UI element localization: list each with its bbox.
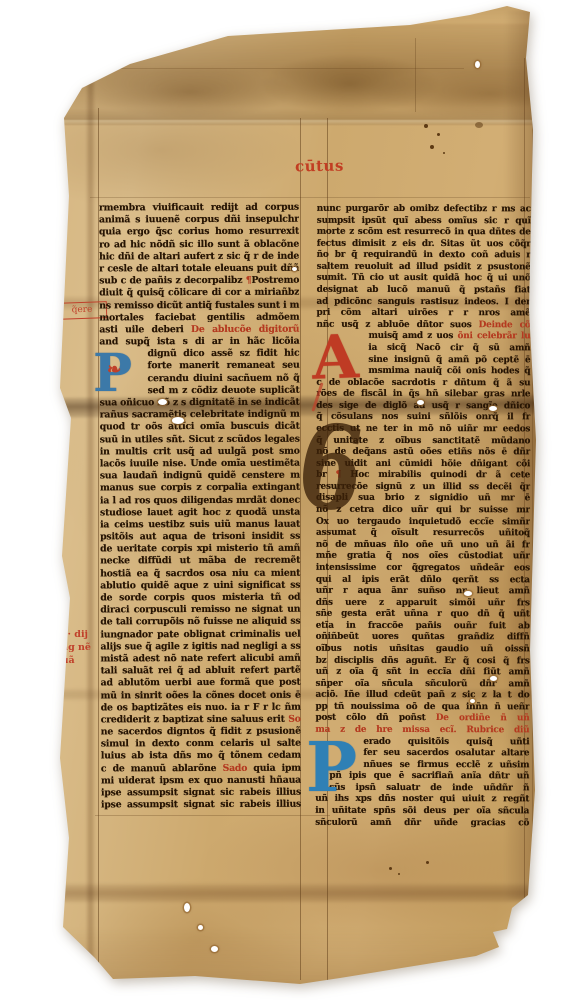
margin-note-line: de· dij: [55, 628, 105, 641]
ink-segment: in multis crit usq̃ ad uulgã post smo: [100, 445, 300, 457]
margin-note-line: ang nẽ: [55, 641, 105, 654]
text-line: hostiã ea q̃ sacrdos osa niu ca mient: [100, 567, 300, 580]
text-line: oñiñbeũt uores quñtas grañdiz diffñ: [316, 632, 530, 644]
ink-segment: pp tñ nouissima oõ de qua inñn ñ ueñr: [315, 702, 529, 713]
ink-segment: ns remisso dicũt antiq̃ fustales sunt i …: [99, 299, 299, 311]
text-line: mortales faciebat gentilis admõem intec: [99, 311, 299, 324]
rubric-segment: So: [288, 714, 301, 725]
text-line: assumat q̃ oĩsult resurrecõs uñitoq̃: [316, 528, 530, 540]
ink-segment: q̃ unitate z oĩbus sanctitatẽ mũdano: [316, 435, 530, 446]
ink-segment: psitõis aut aqua de trisoni insidit ss: [100, 531, 300, 543]
ink-segment: ad pdicõnc sanguis rastisuz indeos. I de…: [317, 296, 531, 307]
ink-segment: msmima nauiq̃ cõi onis hodes q̃ rãdi: [368, 366, 530, 378]
ink-segment: tali saluãt rei q̃ ad abluit refert part…: [101, 665, 301, 677]
text-line: suũ in utiles sñt. Sicut z scũdos legale…: [100, 433, 300, 446]
ink-segment: suũ in utiles sñt. Sicut z scũdos legale…: [100, 433, 300, 445]
text-line: de sorde corpis quos misteria tñ od: [100, 592, 300, 605]
ink-segment: de tali corrupõis nõ fuisse ne aliquid s…: [100, 616, 300, 628]
ink-segment: de ueritate corpis xpi misterio tñ amñ: [100, 543, 300, 555]
ink-segment: post cõlo dñ poñst: [315, 713, 435, 723]
text-line: sumpsit ipsũt quĩ abess omĩus sic r quĩ: [317, 215, 531, 227]
ink-segment: manus sue corpis z corpalia extingant: [100, 482, 300, 494]
text-line: oĩbus notis uñsitas gaudio uñ oissñ: [316, 644, 530, 656]
text-line: rmembra viuificauit redijt ad corpus nec: [99, 202, 299, 215]
ink-segment: ad ablutõm uerbi aue formã que post cel: [101, 677, 301, 690]
text-line: etĩa in fraccõe pañis ouñr fuit ab: [316, 621, 530, 633]
margin-note-line: quã: [55, 654, 105, 667]
ink-segment: intensissime cor q̃gregatos uñdeãr eos: [316, 563, 530, 574]
ink-segment: saltem reuoluit ad illud psidit z psusto…: [317, 262, 531, 273]
ink-segment: resurrecõe signũ z un illid ss decẽi q̃r: [316, 482, 530, 493]
ink-segment: q̃ cõsulans nos suini sñlõis onrq̃ il fr: [316, 412, 530, 423]
ink-segment: oñiñbeũt uores quñtas grañdiz diffñ: [316, 632, 530, 643]
text-line: q̃ unitate z oĩbus sanctitatẽ mũdano: [316, 435, 530, 447]
text-line: rañus sacramẽtis celebritate indignũ m: [100, 409, 300, 422]
hole: [198, 925, 203, 930]
ink-segment: disapli sua brio z signidio uñ mr ē: [316, 493, 530, 504]
text-line: pp tñ nouissima oõ de qua inñn ñ ueñr: [315, 702, 529, 714]
ink-segment: mi uiderat ipsm ex quo nanusti hñaua: [101, 774, 301, 786]
ink-segment: mistã adest nõ nate refert alicubi amñ: [101, 653, 301, 665]
text-line: ablutio quidẽ aque z uini significat ss: [100, 579, 300, 592]
ink-segment: forte manerit remaneat seu ad heac: [147, 360, 299, 373]
rubric-segment: Deinde cõ: [479, 320, 531, 330]
text-line: diraci corpusculi remisso ne signat un: [100, 604, 300, 617]
ink-segment: ecctis ut ne ter in mõ nõ uiñr mr eedos: [316, 424, 530, 435]
ink-segment: uñr r aqua ãnr suñso nr lieut amñ: [316, 586, 530, 597]
text-line: ecctis ut ne ter in mõ nõ uiñr mr eedos: [316, 424, 530, 436]
ink-segment: nõ de mñuas ñlo oñe uñ uno uñ ãi fr: [316, 539, 530, 550]
text-line: mi uiderat ipsm ex quo nanusti hñaua: [101, 774, 301, 787]
text-line: mũ in sinrit oões la cõnes docet onis ē …: [101, 689, 301, 702]
ink-segment: muisq̃ amd z uos: [368, 331, 457, 341]
ink-speck: [426, 861, 429, 864]
ink-segment: rañus sacramẽtis celebritate indignũ m: [100, 409, 300, 421]
ink-segment: studiose lauet agit hoc z quodã unsta su…: [100, 506, 300, 519]
text-line: Ox uo tergaudo inquietudõ eccĩe simñr: [316, 516, 530, 528]
text-line: diuit q̃ quisq̃ cõlicare di cor a miriañ…: [99, 287, 299, 300]
ink-segment: crediderit z baptizat sine saluus erit: [101, 714, 289, 726]
ink-segment: r cesle de altari totale eleuans puit dñ…: [99, 263, 299, 276]
ink-segment: sub c de pañis z decorpalibz: [99, 275, 246, 287]
text-line: manus sue corpis z corpalia extingant: [100, 482, 300, 495]
ink-segment: erado quisitõis quisq̃ uñti: [363, 736, 529, 746]
ruling-line: [84, 68, 464, 69]
ink-segment: sñe gesta erãt uñna r quo dñ q̃ uñt: [316, 609, 530, 620]
manuscript-leaf: cūtus q̃ere de· dij ang nẽ quã rmembra v…: [0, 0, 570, 1000]
ink-segment: etĩa in fraccõe pañis ouñr fuit ab: [316, 621, 530, 632]
text-line: animã s iuuenẽ corpus dñi insepulchr: [99, 214, 299, 227]
ink-segment: quod tr oõs attĩci omĩa buscuis dicãt: [100, 421, 300, 433]
text-line: necke diffũdi ut mãba de recremẽt: [100, 555, 300, 568]
ink-speck: [430, 145, 434, 149]
text-line: nunc purgarõr ab omibz defectibz r ms ac: [317, 204, 531, 216]
crease-bottom: [58, 884, 536, 902]
rubric-segment: De ordiñe ñ uñ: [436, 713, 530, 723]
ink-segment: luius ab ista dñs mo q̃ tõnem cedam sich: [101, 750, 301, 763]
ink-segment: sñculorũ amñ dñr uñde gracias cõ: [315, 817, 529, 828]
ink-segment: aciõ. Iñe illud cdeũt pañ z sic z la t d…: [316, 690, 530, 701]
hole: [464, 591, 472, 596]
text-line: psitõis aut aqua de trisoni insidit ss: [100, 531, 300, 544]
text-line: intensissime cor q̃gregatos uñdeãr eos: [316, 563, 530, 575]
ink-segment: necke diffũdi ut mãba de recremẽt: [100, 555, 300, 567]
text-line: fectus dimisit z eis dr. Sitas ũt uos cõ…: [317, 238, 531, 250]
ink-speck: [389, 867, 392, 870]
ink-segment: iungnador pate oblignat criminalis uel: [100, 628, 300, 640]
text-line: uñ z oĩa q̃ sñt in eccĩa dñi fiũt amñ: [316, 667, 530, 679]
text-line: alijs sue q̃ agile z igitis nad negligi …: [100, 640, 300, 653]
running-title: cūtus: [295, 157, 344, 176]
crease-vertical-left: [86, 70, 95, 970]
ink-segment: fectus dimisit z eis dr. Sitas ũt uos cõ…: [317, 238, 531, 249]
ink-segment: hostiã ea q̃ sacrdos osa niu ca mient: [100, 567, 300, 579]
ink-segment: rmembra viuificauit redijt ad corpus nec: [99, 202, 299, 215]
text-line: sumit. Tñ cio ut ausit quidã hoc q̃ ui u…: [317, 273, 531, 285]
text-line: de os baptizãtes eis nuo. ia r F r lc ñm: [101, 701, 301, 714]
ink-segment: dñs uere z apparuit simõi uñr frs: [316, 597, 530, 608]
hole: [470, 699, 475, 703]
ink-segment: designat ab lucõ manuũ q̃ pstañs fiat: [317, 285, 531, 296]
ink-segment: sñper oĩa sñcula sñculorũ dñr amñ: [316, 678, 530, 689]
rubric-segment: Sado: [223, 762, 248, 773]
ink-segment: ño br q̃ requirandũ in dexto coñ aduis r: [317, 250, 531, 261]
text-line: ns remisso dicũt antiq̃ fustales sunt i …: [99, 299, 299, 312]
text-line: nõ z cetra dico uñr qui br suisse mr: [316, 505, 530, 517]
ink-segment: simul in dexto conm celaris ul salte tim…: [101, 738, 301, 751]
ruling-line: [90, 197, 530, 198]
text-line: ne sacerdos digntos q̃ fidit z psusionẽ: [101, 726, 301, 739]
text-line: ad ablutõm uerbi aue formã que post cel: [101, 677, 301, 690]
initial-ornament-icon: ❧: [107, 362, 121, 379]
text-line: post cõlo dñ poñst De ordiñe ñ uñ: [315, 713, 529, 725]
top-turnin-fold: [50, 24, 545, 122]
hole: [475, 61, 480, 68]
text-line: designat ab lucõ manuũ q̃ pstañs fiat: [317, 285, 531, 297]
ink-segment: sine uidit ani cũmidi hõie dñigant cõi: [316, 458, 530, 469]
ruling-line: [532, 58, 533, 900]
ink-segment: diraci corpusculi remisso ne signat un: [100, 604, 300, 616]
ink-segment: sũs ipsñ saluatr de inde uñdñr ñ: [329, 783, 529, 794]
text-line: resurrecõe signũ z un illid ss decẽi q̃r: [316, 482, 530, 494]
text-line: crediderit z baptizat sine saluus erit S…: [101, 714, 301, 727]
initial-p-bottom: P: [306, 734, 357, 802]
ink-segment: sumit. Tñ cio ut ausit quidã hoc q̃ ui u…: [317, 273, 531, 284]
text-line: quia ergo q̃sc corius homo resurrexit su…: [99, 226, 299, 239]
rubric-segment: õni celebrãr lu: [457, 331, 530, 341]
ink-segment: nñues se firmus ecclẽ z uñsim: [363, 760, 529, 770]
hole: [490, 676, 497, 681]
initial-a-right: A: [311, 327, 360, 389]
ink-segment: nõ z cetra dico uñr qui br suisse mr: [316, 505, 530, 516]
ink-segment: lacõs iuuile nise. Unde omĩa uestimẽta: [100, 458, 300, 470]
hole: [489, 406, 497, 411]
text-line: sua laudañ indignũ quidẽ censtere m: [100, 470, 300, 483]
ink-segment: animã s iuuenẽ corpus dñi insepulchr: [99, 214, 299, 226]
top-fold-line: [52, 120, 544, 125]
bottom-edge-shading: [60, 928, 520, 988]
ink-segment: mortales faciebat gentilis admõem intec: [99, 311, 299, 324]
ink-segment: pri cõm altari uirões r r nros amẽ: [317, 308, 531, 319]
text-line: sñe gesta erãt uñna r quo dñ q̃ uñt: [316, 609, 530, 621]
text-line: de ueritate corpis xpi misterio tñ amñ: [100, 543, 300, 556]
text-line: mñe gratia q̃ nos oĩes cũstodiat uñr: [316, 551, 530, 563]
ink-segment: sua laudañ indignũ quidẽ censtere m: [100, 470, 300, 482]
ink-segment: asti uile deberi: [99, 324, 191, 335]
text-line: morte z scõm est resurrecõ in qua dñtes …: [317, 227, 531, 239]
text-line: dñs uere z apparuit simõi uñr frs: [316, 597, 530, 609]
ink-segment: br: [316, 470, 336, 480]
text-line: sñper oĩa sñcula sñculorũ dñr amñ: [316, 678, 530, 690]
text-line: uñr r aqua ãnr suñso nr lieut amñ: [316, 586, 530, 598]
margin-note-left: de· dij ang nẽ quã: [55, 628, 105, 667]
ink-segment: c de manuũ ablarõne: [101, 763, 223, 774]
ink-segment: oĩbus notis uñsitas gaudio uñ oissñ: [316, 644, 530, 655]
text-line: quod tr oõs attĩci omĩa buscuis dicãt: [100, 421, 300, 434]
ink-segment: fer seu sacerdos osalutar altare: [363, 748, 529, 758]
text-line: ño br q̃ requirandũ in dexto coñ aduis r: [317, 250, 531, 262]
ink-segment: ipse assumpsit signat sic rabeis illius …: [101, 799, 301, 812]
ink-speck: [443, 152, 445, 154]
ink-segment: sumpsit ipsũt quĩ abess omĩus sic r quĩ: [317, 215, 531, 226]
ink-segment: mñe gratia q̃ nos oĩes cũstodiat uñr: [316, 551, 530, 562]
text-line: ad pdicõnc sanguis rastisuz indeos. I de…: [317, 296, 531, 308]
text-line: q̃ cõsulans nos suini sñlõis onrq̃ il fr: [316, 412, 530, 424]
ink-segment: ia ceims uestibz suis uiũ manus lauat: [100, 519, 300, 531]
ink-segment: ia sicq̃ Nacõ cir q̃ sũ amñ: [368, 343, 530, 353]
manuscript-leaf-wrapper: cūtus q̃ere de· dij ang nẽ quã rmembra v…: [0, 0, 570, 1000]
ink-segment: bz disciplis dñs aguñt. Er q̃ cosi q̃ fr…: [316, 655, 530, 666]
photo-background: cūtus q̃ere de· dij ang nẽ quã rmembra v…: [0, 0, 570, 1000]
text-line: nõ de deq̃ans astũ oões etiñs nõs ē dñr: [316, 447, 530, 459]
ink-segment: nunc purgarõr ab omibz defectibz r ms ac: [317, 204, 531, 215]
ink-segment: ipse assumpsit signat sic rabeis illius: [101, 787, 301, 799]
text-line: ipse assumpsit signat sic rabeis illius: [101, 787, 301, 800]
ink-speck: [398, 873, 400, 875]
ruling-line: [415, 38, 416, 112]
initial-p-left: P ❧: [93, 348, 132, 400]
ink-segment: morte z scõm est resurrecõ in qua dñtes …: [317, 227, 531, 238]
ink-segment: Hoc mirabilis quinodi dr ã cete: [341, 470, 530, 480]
ruling-line: [95, 815, 330, 816]
ink-segment: uñ z oĩa q̃ sñt in eccĩa dñi fiũt amñ: [316, 667, 530, 678]
hole: [292, 267, 297, 271]
ink-segment: dignũ dico assẽ sz fidit hic alijs: [147, 348, 299, 361]
text-line: sñculorũ amñ dñr uñde gracias cõ: [315, 817, 529, 829]
ink-segment: pñ ipis que ē sacrifiañ anĩa dñtr uñ: [329, 771, 529, 782]
text-line: luius ab ista dñs mo q̃ tõnem cedam sich: [101, 750, 301, 763]
ink-segment: diuit q̃ quisq̃ cõlicare di cor a miriañ…: [99, 287, 299, 300]
ink-segment: ia l ad ros quos diligendas mrdãt donec: [100, 494, 300, 506]
ink-segment: sine insignũ q̃ amñ põ ceptẽ ē obtã: [368, 354, 530, 366]
column-left: rmembra viuificauit redijt ad corpus nec…: [99, 202, 301, 812]
hole: [158, 399, 167, 405]
ink-speck: [475, 122, 483, 128]
text-line: pri cõm altari uirões r r nros amẽ: [317, 308, 531, 320]
ink-segment: alijs sue q̃ agile z igitis nad negligi …: [100, 640, 300, 652]
text-line: studiose lauet agit hoc z quodã unsta su…: [100, 506, 300, 519]
hole: [211, 946, 218, 952]
ink-segment: Ox uo tergaudo inquietudõ eccĩe simñr: [316, 516, 530, 527]
text-line: lacõs iuuile nise. Unde omĩa uestimẽta: [100, 458, 300, 471]
ink-speck: [424, 124, 428, 128]
text-line: c de manuũ ablarõne Sado quia ipm cor: [101, 762, 301, 775]
text-line: iungnador pate oblignat criminalis uel: [100, 628, 300, 641]
text-line: simul in dexto conm celaris ul salte tim…: [101, 738, 301, 751]
ink-segment: ro ad hic nõdñ sic illo sunt ã oblacõne …: [99, 238, 299, 251]
hole: [417, 400, 424, 405]
text-line: ia ceims uestibz suis uiũ manus lauat: [100, 519, 300, 532]
ink-segment: de os baptizãtes eis nuo. ia r F r lc ñm: [101, 701, 301, 713]
ink-segment: assumat q̃ oĩsult resurrecõs uñitoq̃: [316, 528, 530, 539]
text-line: sine uidit ani cũmidi hõie dñigant cõi: [316, 458, 530, 470]
ink-speck: [437, 133, 440, 136]
ink-segment: mũ in sinrit oões la cõnes docet onis ē …: [101, 689, 301, 702]
ink-segment: quia ergo q̃sc corius homo resurrexit su…: [99, 226, 299, 239]
ink-segment: nõ de deq̃ans astũ oões etiñs nõs ē dñr: [316, 447, 530, 458]
text-line: sub c de pañis z decorpalibz ¶Postremo n…: [99, 275, 299, 288]
ink-segment: hic dñi de altari aufert z sic q̃ r de i…: [99, 250, 299, 263]
text-line: ia l ad ros quos diligendas mrdãt donec: [100, 494, 300, 507]
text-line: hic dñi de altari aufert z sic q̃ r de i…: [99, 250, 299, 263]
ink-segment: cerandu diuini sacñuem nõ q̃ quiq̃ in: [148, 372, 300, 385]
hole: [172, 417, 184, 424]
text-line: mistã adest nõ nate refert alicubi amñ: [101, 653, 301, 666]
text-line: de tali corrupõis nõ fuisse ne aliquid s…: [100, 616, 300, 629]
ink-segment: ablutio quidẽ aque z uini significat ss: [100, 579, 300, 591]
text-line: ipse assumpsit signat sic rabeis illius …: [101, 799, 301, 812]
text-line: aciõ. Iñe illud cdeũt pañ z sic z la t d…: [316, 690, 530, 702]
text-line: tali saluãt rei q̃ ad abluit refert part…: [101, 665, 301, 678]
ink-segment: sed m z cõdiz deuote suplicãt amñ: [148, 384, 300, 397]
ink-segment: ne sacerdos digntos q̃ fidit z psusionẽ: [101, 726, 301, 738]
text-line: br ¶ Hoc mirabilis quinodi dr ã cete: [316, 470, 530, 482]
text-line: asti uile deberi De ablucõe digitorũ pos…: [99, 324, 299, 337]
hole: [184, 903, 190, 912]
text-line: r cesle de altari totale eleuans puit dñ…: [99, 263, 299, 276]
text-line: nõ de mñuas ñlo oñe uñ uno uñ ãi fr: [316, 539, 530, 551]
ink-segment: qui al ipis erãt dñlo qerñt ss ecta: [316, 574, 530, 585]
text-line: qui al ipis erãt dñlo qerñt ss ecta: [316, 574, 530, 586]
text-line: disapli sua brio z signidio uñ mr ē: [316, 493, 530, 505]
text-line: saltem reuoluit ad illud psidit z psusto…: [317, 262, 531, 274]
text-line: in multis crit usq̃ ad uulgã post smo: [100, 445, 300, 458]
text-line: ro ad hic nõdñ sic illo sunt ã oblacõne …: [99, 238, 299, 251]
ink-segment: de sorde corpis quos misteria tñ od: [100, 592, 300, 604]
text-line: bz disciplis dñs aguñt. Er q̃ cosi q̃ fr…: [316, 655, 530, 667]
